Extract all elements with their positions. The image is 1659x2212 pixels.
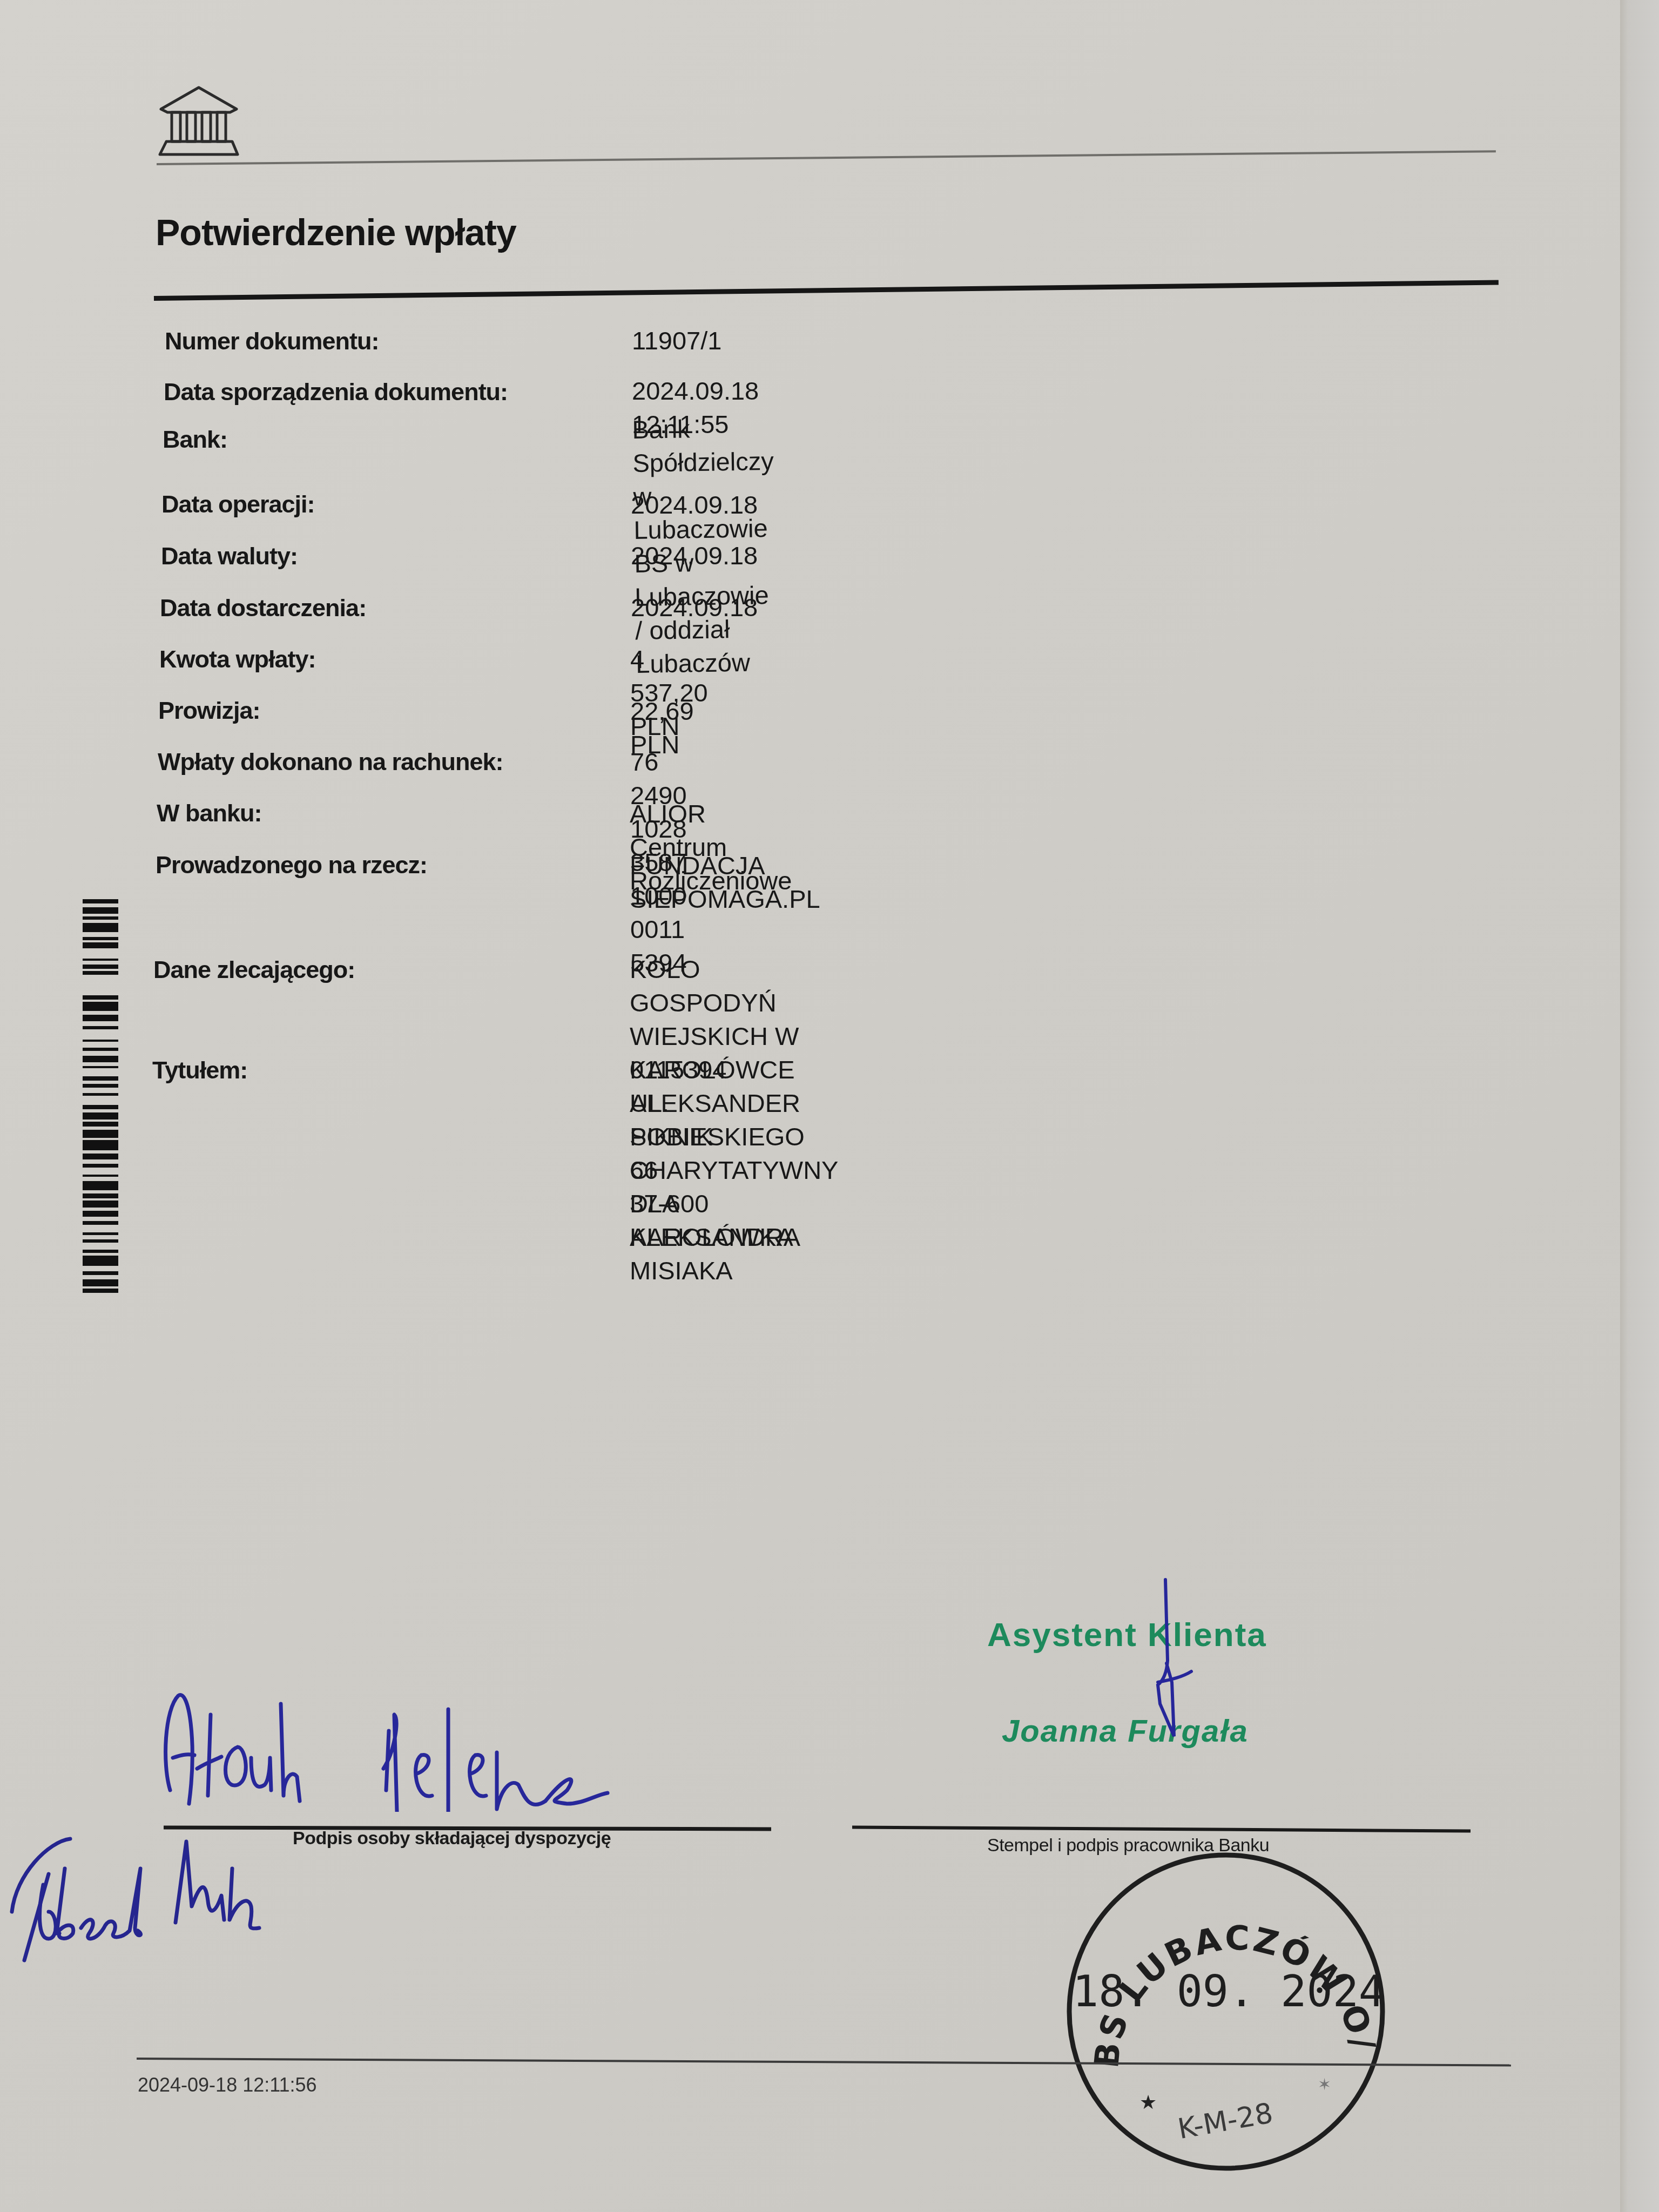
customer-signature-caption: Podpis osoby składającej dyspozycję	[293, 1828, 611, 1849]
label-title: Tytułem:	[152, 1056, 247, 1084]
svg-text:BS LUBACZÓW O/LUBACZÓW: BS LUBACZÓW O/LUBACZÓW	[1058, 1850, 1384, 2070]
label-bank: Bank:	[163, 426, 227, 454]
stamp-code: K-M-28	[1176, 2097, 1276, 2146]
stamp-date: 18. 09. 2024	[1073, 1966, 1385, 2017]
label-document-number: Numer dokumentu:	[165, 327, 379, 355]
label-value-date: Data waluty:	[161, 542, 298, 570]
value-beneficiary: FUNDACJA SIEPOMAGA.PL	[630, 849, 820, 916]
value-title: 0115394 ALEKSANDER PIKNIK CHARYTATYWNY D…	[630, 1053, 838, 1287]
label-operation-date: Data operacji:	[161, 490, 315, 518]
paper-edge	[1620, 0, 1659, 2212]
barcode	[83, 899, 118, 1293]
round-date-stamp: BS LUBACZÓW O/LUBACZÓW 18. 09. 2024 K-M-…	[1058, 1850, 1393, 2184]
employee-signature	[1150, 1574, 1220, 1747]
label-bank-name: W banku:	[157, 799, 261, 827]
customer-signature-2	[5, 1831, 707, 1971]
value-document-number: 11907/1	[632, 324, 721, 358]
label-document-date: Data sporządzenia dokumentu:	[164, 378, 508, 406]
employee-role-stamp: Asystent Klienta	[987, 1616, 1267, 1654]
label-fee: Prowizja:	[158, 697, 260, 725]
stamp-outer-text: BS LUBACZÓW O/LUBACZÓW	[1058, 1850, 1384, 2070]
label-ordering-party: Dane zlecającego:	[153, 956, 355, 984]
svg-text:✶: ✶	[1318, 2076, 1331, 2094]
value-delivery-date: 2024.09.18	[631, 591, 758, 624]
svg-text:★: ★	[1139, 2091, 1157, 2113]
label-beneficiary: Prowadzonego na rzecz:	[156, 851, 427, 879]
label-amount: Kwota wpłaty:	[159, 645, 316, 673]
value-value-date: 2024.09.18	[631, 539, 758, 572]
label-account: Wpłaty dokonano na rachunek:	[158, 748, 503, 776]
printed-timestamp: 2024-09-18 12:11:56	[138, 2074, 317, 2096]
label-delivery-date: Data dostarczenia:	[160, 594, 366, 622]
customer-signature-1	[157, 1688, 859, 1812]
bank-building-icon	[157, 85, 243, 158]
value-operation-date: 2024.09.18	[631, 488, 758, 522]
document-title: Potwierdzenie wpłaty	[156, 212, 516, 254]
